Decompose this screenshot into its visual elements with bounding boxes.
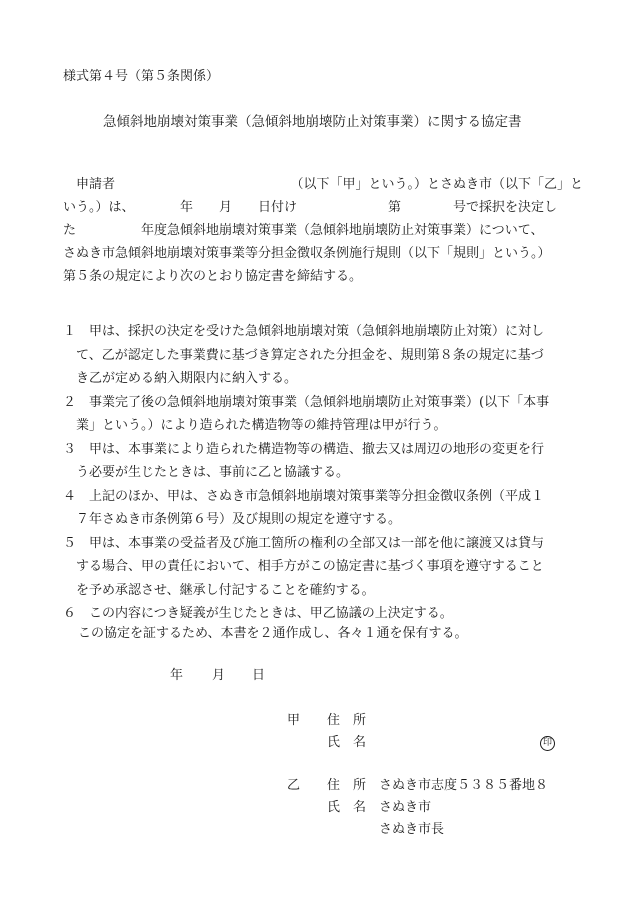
intro-line: 申請者 （以下「甲」という。）とさぬき市（以下「乙」と [63,173,563,196]
clause-line: ４ 上記のほか、甲は、さぬき市急傾斜地崩壊対策事業等分担金徴収条例（平成１ [63,485,563,509]
clause-line: 業」という。）により造られた構造物等の維持管理は甲が行う。 [63,414,563,438]
date-month: 月 [212,667,225,685]
clause-line: する場合、甲の責任において、相手方がこの協定書に基づく事項を遵守すること [63,555,563,579]
party-b-address-label: 住 所 [327,777,366,795]
intro-paragraph: 申請者 （以下「甲」という。）とさぬき市（以下「乙」と いう。）は、 年 月 日… [63,173,563,288]
party-b-address: さぬき市志度５３８５番地８ [379,777,548,795]
signature-block: 甲 住 所 氏 名 印 乙 住 所 さぬき市志度５３８５番地８ 氏 名 さぬき市… [0,710,630,840]
intro-line: 第５条の規定により次のとおり協定書を締結する。 [63,265,563,288]
form-number: 様式第４号（第５条関係） [63,68,219,86]
party-a-address-label: 住 所 [327,712,366,730]
party-b-title: さぬき市長 [379,821,444,839]
clause-line: ６ この内容につき疑義が生じたときは、甲乙協議の上決定する。 [63,602,563,626]
clause-line: ２ 事業完了後の急傾斜地崩壊対策事業（急傾斜地崩壊防止対策事業）(以下「本事 [63,391,563,415]
clause-line: を予め承認させ、継承し付記することを確約する。 [63,579,563,603]
date-day: 日 [252,667,265,685]
intro-line: さぬき市急傾斜地崩壊対策事業等分担金徴収条例施行規則（以下「規則」という。） [63,242,563,265]
date-year: 年 [170,667,183,685]
party-b-name-label: 氏 名 [327,799,366,817]
clause-line: ７年さぬき市条例第６号）及び規則の規定を遵守する。 [63,508,563,532]
clause-line: う必要が生じたときは、事前に乙と協議する。 [63,461,563,485]
party-a-label: 甲 [287,712,300,730]
document-title: 急傾斜地崩壊対策事業（急傾斜地崩壊防止対策事業）に関する協定書 [103,113,522,131]
party-a-name-label: 氏 名 [327,734,366,752]
party-b-name: さぬき市 [379,799,431,817]
closing-statement: この協定を証するため、本書を２通作成し、各々１通を保有する。 [78,625,467,643]
clauses-list: １ 甲は、採択の決定を受けた急傾斜地崩壊対策（急傾斜地崩壊防止対策）に対し て、… [63,320,563,626]
intro-line: た 年度急傾斜地崩壊対策事業（急傾斜地崩壊防止対策事業）について、 [63,219,563,242]
seal-icon: 印 [540,736,555,751]
clause-line: １ 甲は、採択の決定を受けた急傾斜地崩壊対策（急傾斜地崩壊防止対策）に対し [63,320,563,344]
party-b-label: 乙 [287,777,300,795]
intro-line: いう。）は、 年 月 日付け 第 号で採択を決定し [63,196,563,219]
clause-line: き乙が定める納入期限内に納入する。 [63,367,563,391]
clause-line: ３ 甲は、本事業により造られた構造物等の構造、撤去又は周辺の地形の変更を行 [63,438,563,462]
clause-line: て、乙が認定した事業費に基づき算定された分担金を、規則第８条の規定に基づ [63,344,563,368]
clause-line: ５ 甲は、本事業の受益者及び施工箇所の権利の全部又は一部を他に譲渡又は貸与 [63,532,563,556]
